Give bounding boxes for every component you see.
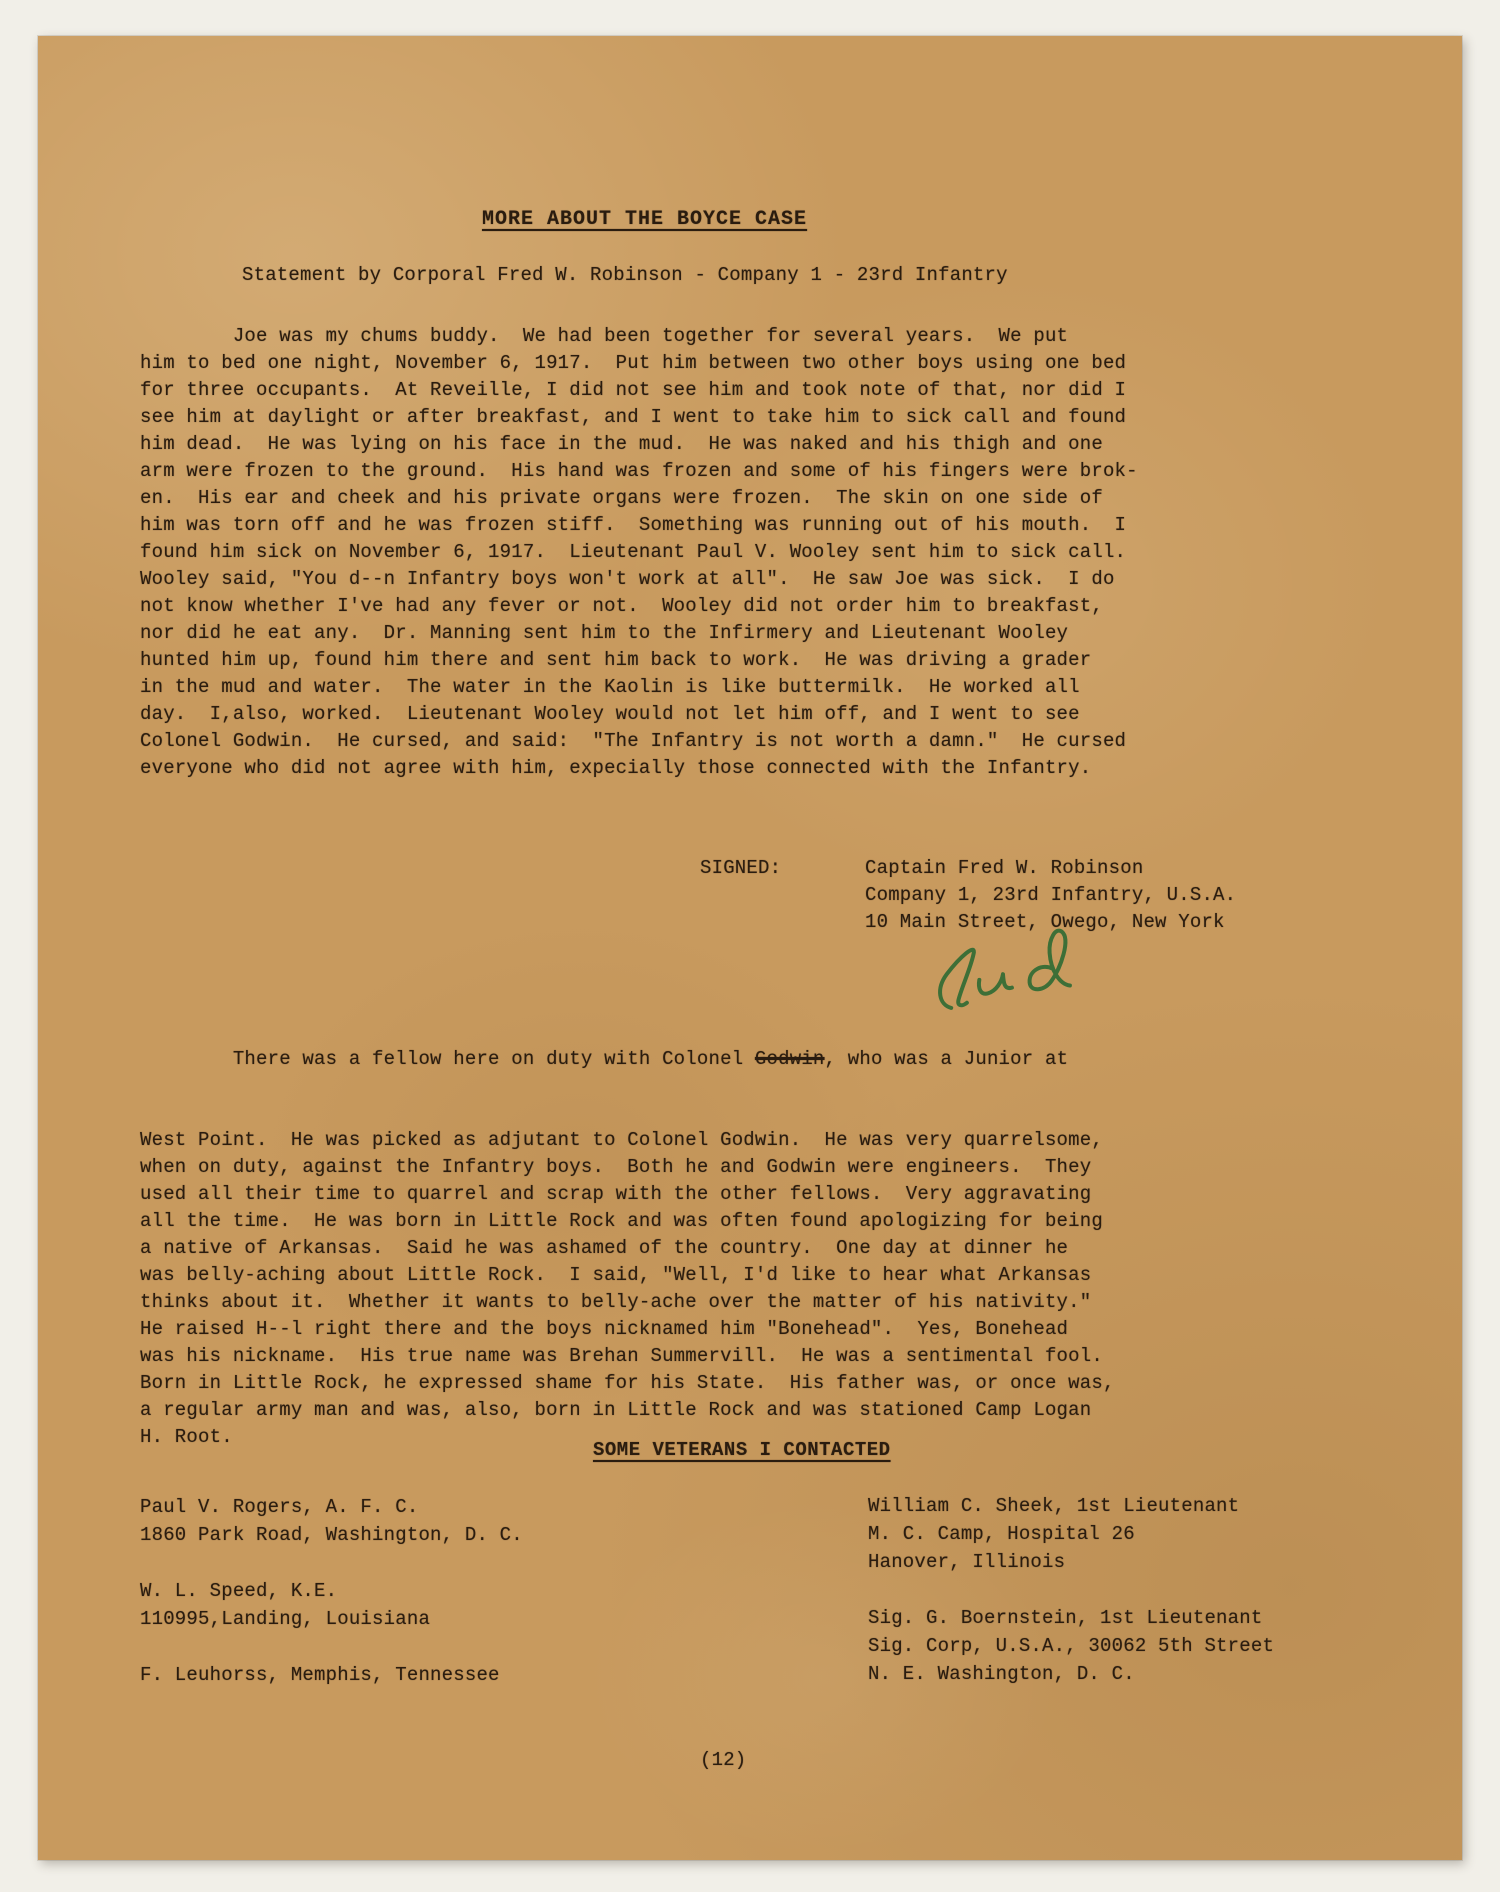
typed-line: William C. Sheek, 1st Lieutenant (868, 1492, 1274, 1520)
typed-line: nor did he eat any. Dr. Manning sent him… (140, 620, 1140, 647)
typed-line: for three occupants. At Reveille, I did … (140, 377, 1140, 404)
veterans-right-column: William C. Sheek, 1st LieutenantM. C. Ca… (868, 1492, 1274, 1688)
typed-line: Sig. Corp, U.S.A., 30062 5th Street (868, 1632, 1274, 1660)
typed-line: Colonel Godwin. He cursed, and said: "Th… (140, 728, 1140, 755)
typed-line: when on duty, against the Infantry boys.… (140, 1154, 1150, 1181)
typed-line: him dead. He was lying on his face in th… (140, 431, 1140, 458)
typed-line: a native of Arkansas. Said he was ashame… (140, 1235, 1150, 1262)
typed-line: day. I,also, worked. Lieutenant Wooley w… (140, 701, 1140, 728)
line-pre: There was a fellow here on duty with Col… (140, 1048, 755, 1070)
typed-line: arm were frozen to the ground. His hand … (140, 458, 1140, 485)
page-title: MORE ABOUT THE BOYCE CASE (482, 206, 807, 233)
typed-line: thinks about it. Whether it wants to bel… (140, 1289, 1150, 1316)
typed-line: Paul V. Rogers, A. F. C. (140, 1493, 523, 1521)
statement-paragraph: Joe was my chums buddy. We had been toge… (140, 323, 1140, 782)
typed-line: Sig. G. Boernstein, 1st Lieutenant (868, 1604, 1274, 1632)
typed-line: West Point. He was picked as adjutant to… (140, 1127, 1150, 1154)
typed-line: 1860 Park Road, Washington, D. C. (140, 1521, 523, 1549)
statement-subtitle: Statement by Corporal Fred W. Robinson -… (242, 262, 1008, 289)
typed-line: all the time. He was born in Little Rock… (140, 1208, 1150, 1235)
typed-line: 110995,Landing, Louisiana (140, 1605, 523, 1633)
veterans-left-column: Paul V. Rogers, A. F. C.1860 Park Road, … (140, 1493, 523, 1689)
second-paragraph-rest: West Point. He was picked as adjutant to… (140, 1127, 1150, 1451)
typed-line: everyone who did not agree with him, exp… (140, 755, 1140, 782)
struck-word: Godwin (755, 1048, 825, 1070)
typed-line: en. His ear and cheek and his private or… (140, 485, 1140, 512)
second-paragraph: There was a fellow here on duty with Col… (140, 992, 1150, 1505)
typed-line (140, 1633, 523, 1661)
typed-line (868, 1576, 1274, 1604)
typed-line: him to bed one night, November 6, 1917. … (140, 350, 1140, 377)
typed-line: hunted him up, found him there and sent … (140, 647, 1140, 674)
typed-line: W. L. Speed, K.E. (140, 1577, 523, 1605)
typed-line: N. E. Washington, D. C. (868, 1660, 1274, 1688)
typed-line: was his nickname. His true name was Breh… (140, 1343, 1150, 1370)
typed-line: Born in Little Rock, he expressed shame … (140, 1370, 1150, 1397)
typed-line: him was torn off and he was frozen stiff… (140, 512, 1140, 539)
typed-line: Joe was my chums buddy. We had been toge… (140, 323, 1140, 350)
typed-line: found him sick on November 6, 1917. Lieu… (140, 539, 1140, 566)
typed-line: was belly-aching about Little Rock. I sa… (140, 1262, 1150, 1289)
document-paper: MORE ABOUT THE BOYCE CASE Statement by C… (38, 36, 1462, 1860)
typed-line: used all their time to quarrel and scrap… (140, 1181, 1150, 1208)
typed-line: a regular army man and was, also, born i… (140, 1397, 1150, 1424)
typed-line: in the mud and water. The water in the K… (140, 674, 1140, 701)
signed-block: Captain Fred W. RobinsonCompany 1, 23rd … (865, 855, 1236, 936)
typed-line: M. C. Camp, Hospital 26 (868, 1520, 1274, 1548)
page-number: (12) (700, 1747, 746, 1774)
typed-line-with-strike: There was a fellow here on duty with Col… (140, 1046, 1150, 1073)
veterans-heading: SOME VETERANS I CONTACTED (593, 1437, 891, 1464)
typed-line: He raised H--l right there and the boys … (140, 1316, 1150, 1343)
typed-line: see him at daylight or after breakfast, … (140, 404, 1140, 431)
line-post: , who was a Junior at (825, 1048, 1069, 1070)
signed-label: SIGNED: (700, 855, 781, 882)
typed-line: F. Leuhorss, Memphis, Tennessee (140, 1661, 523, 1689)
typed-line: Company 1, 23rd Infantry, U.S.A. (865, 882, 1236, 909)
typed-line (140, 1549, 523, 1577)
scanned-document-photo: { "page": { "title": "MORE ABOUT THE BOY… (0, 0, 1500, 1892)
typed-line: not know whether I've had any fever or n… (140, 593, 1140, 620)
typed-line: Hanover, Illinois (868, 1548, 1274, 1576)
typed-line: Captain Fred W. Robinson (865, 855, 1236, 882)
typed-line: Wooley said, "You d--n Infantry boys won… (140, 566, 1140, 593)
